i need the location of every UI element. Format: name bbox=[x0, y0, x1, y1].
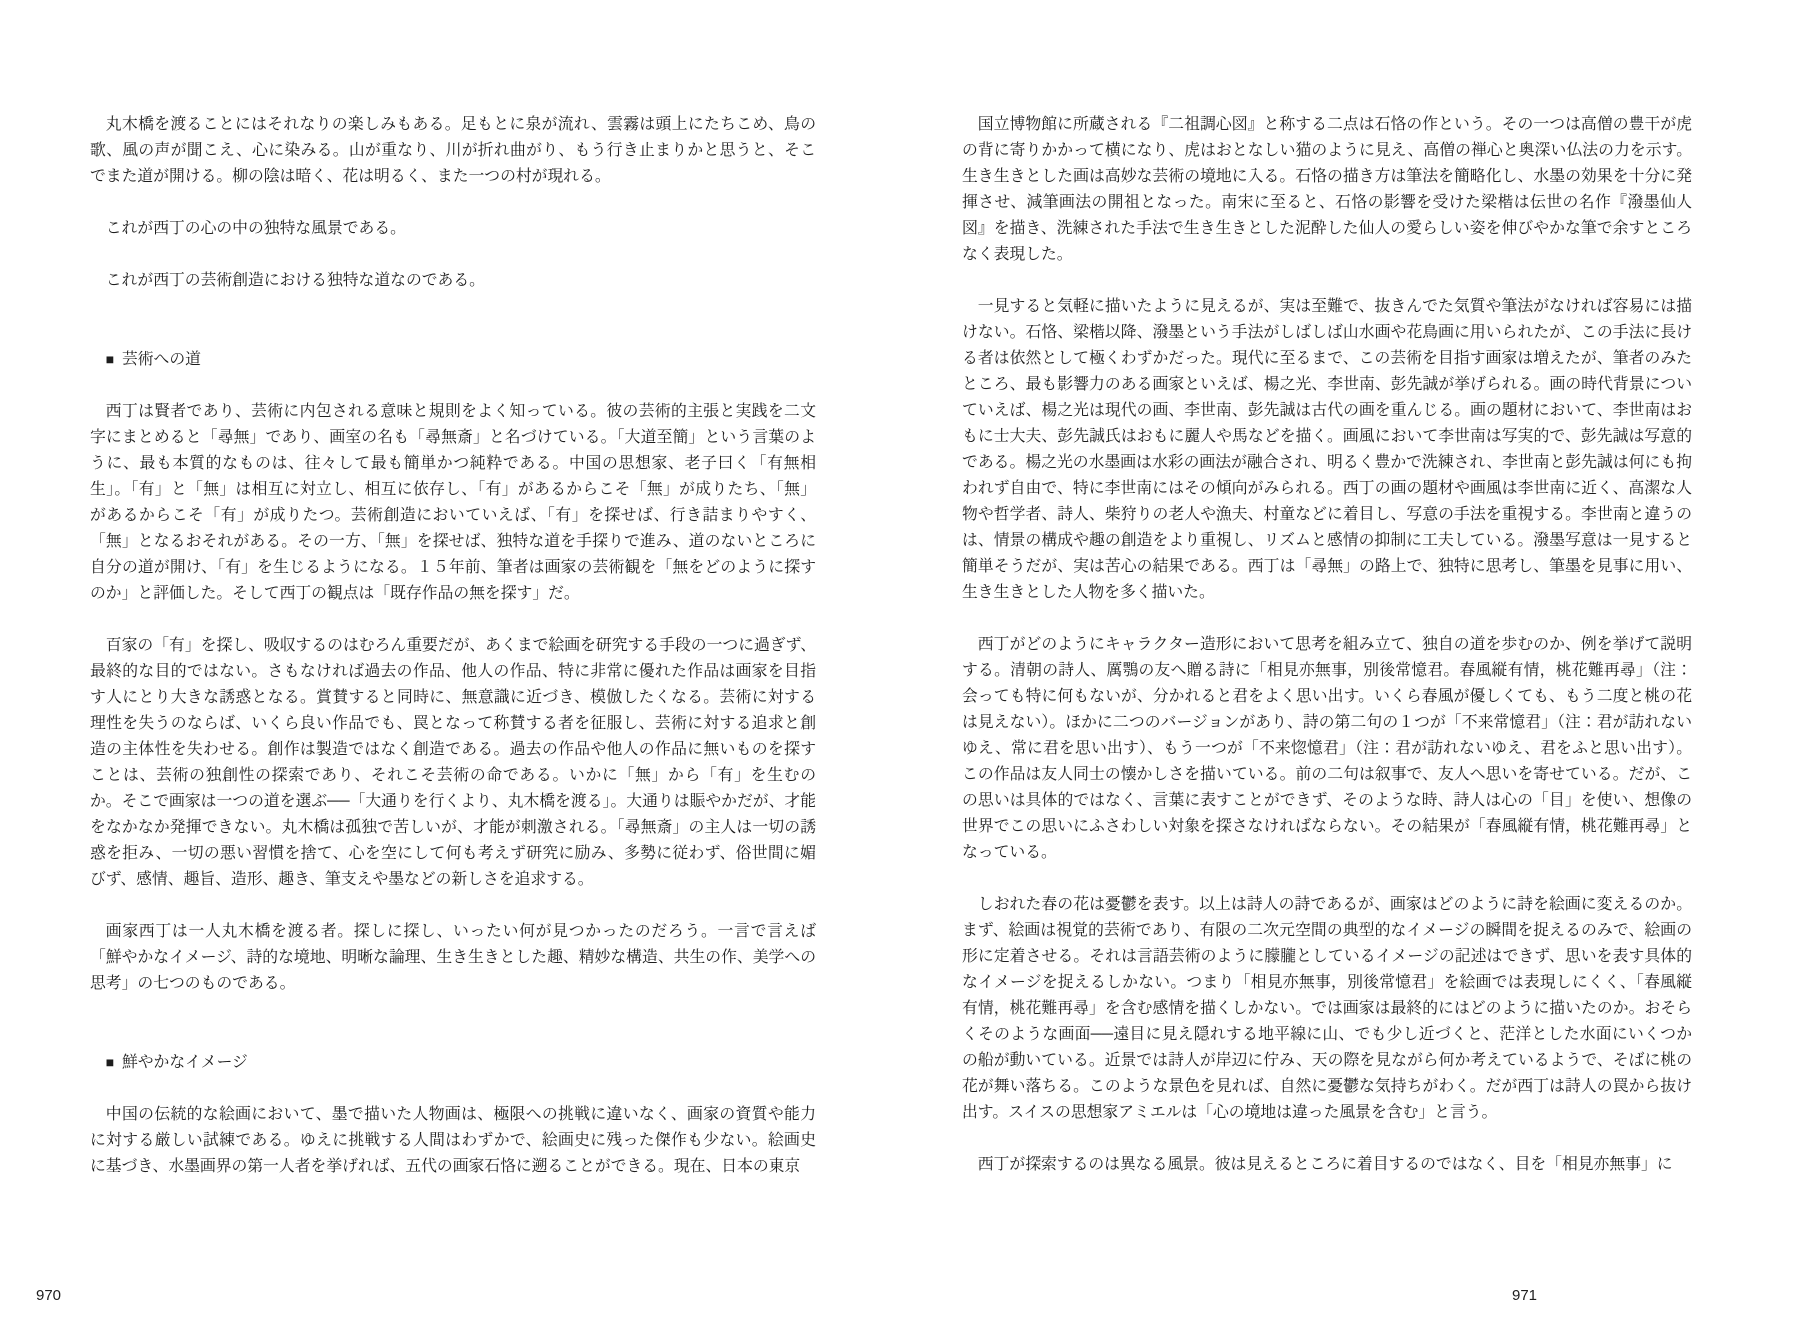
body-paragraph: 西丁は賢者であり、芸術に内包される意味と規則をよく知っている。彼の芸術的主張と実… bbox=[90, 399, 816, 607]
right-page-text-column: 国立博物館に所蔵される『二祖調心図』と称する二点は石恪の作という。その一つは高僧… bbox=[962, 112, 1692, 1204]
body-paragraph: 百家の「有」を探し、吸収するのはむろん重要だが、あくまで絵画を研究する手段の一つ… bbox=[90, 633, 816, 893]
book-spread: { "document": { "pages": [ { "number": "… bbox=[0, 0, 1800, 1326]
body-paragraph: 西丁がどのようにキャラクター造形において思考を組み立て、独自の道を歩むのか、例を… bbox=[962, 632, 1692, 866]
heading-text: 鮮やかなイメージ bbox=[122, 1054, 248, 1071]
section-heading: ■芸術への道 bbox=[90, 346, 816, 373]
left-page-text-column: 丸木橋を渡ることにはそれなりの楽しみもある。足もとに泉が流れ、雲霧は頭上にたちこ… bbox=[90, 112, 816, 1206]
body-paragraph: これが西丁の心の中の独特な風景である。 bbox=[90, 216, 816, 242]
body-paragraph: 一見すると気軽に描いたように見えるが、実は至難で、抜きんでた気質や筆法がなければ… bbox=[962, 294, 1692, 606]
body-paragraph: 国立博物館に所蔵される『二祖調心図』と称する二点は石恪の作という。その一つは高僧… bbox=[962, 112, 1692, 268]
page-number-left: 970 bbox=[36, 1286, 61, 1306]
section-heading: ■鮮やかなイメージ bbox=[90, 1049, 816, 1076]
body-paragraph: これが西丁の芸術創造における独特な道なのである。 bbox=[90, 268, 816, 294]
heading-square-icon: ■ bbox=[106, 351, 114, 367]
body-paragraph: 画家西丁は一人丸木橋を渡る者。探しに探し、いったい何が見つかったのだろう。一言で… bbox=[90, 919, 816, 997]
heading-square-icon: ■ bbox=[106, 1054, 114, 1070]
body-paragraph: しおれた春の花は憂鬱を表す。以上は詩人の詩であるが、画家はどのように詩を絵画に変… bbox=[962, 892, 1692, 1126]
page-number-right: 971 bbox=[1512, 1286, 1537, 1306]
body-paragraph: 丸木橋を渡ることにはそれなりの楽しみもある。足もとに泉が流れ、雲霧は頭上にたちこ… bbox=[90, 112, 816, 190]
body-paragraph: 中国の伝統的な絵画において、墨で描いた人物画は、極限への挑戦に違いなく、画家の資… bbox=[90, 1102, 816, 1180]
body-paragraph: 西丁が探索するのは異なる風景。彼は見えるところに着目するのではなく、目を「相見亦… bbox=[962, 1152, 1692, 1178]
heading-text: 芸術への道 bbox=[122, 351, 201, 368]
